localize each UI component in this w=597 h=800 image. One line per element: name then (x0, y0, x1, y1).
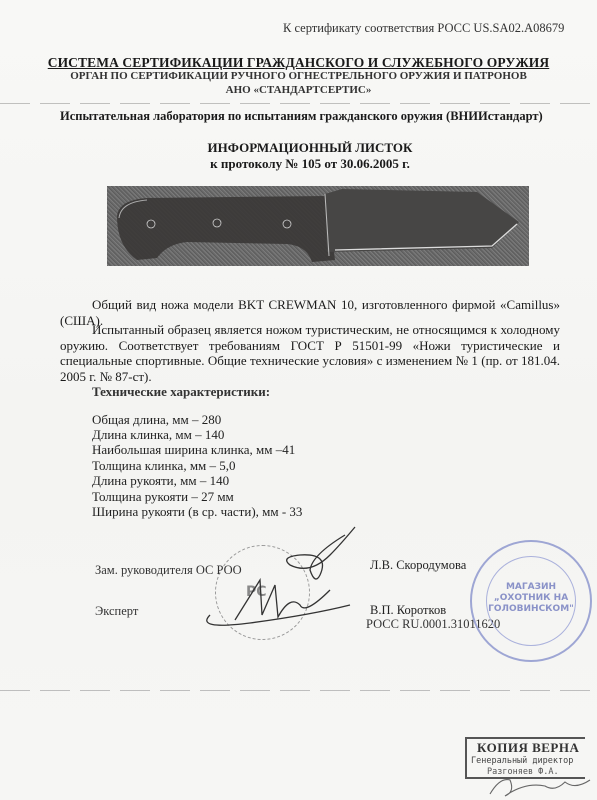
copy-stamp-title: КОПИЯ ВЕРНА (477, 740, 579, 756)
document-title: ИНФОРМАЦИОННЫЙ ЛИСТОК (0, 140, 597, 156)
paper-fold-line (0, 103, 597, 104)
shop-stamp-line: ГОЛОВИНСКОМ" (472, 604, 590, 615)
shop-stamp-text: МАГАЗИН „ОХОТНИК НА ГОЛОВИНСКОМ" (472, 582, 590, 615)
spec-item: Длина рукояти, мм – 140 (92, 473, 229, 489)
deputy-name: Л.В. Скородумова (370, 558, 466, 573)
shop-stamp-line: „ОХОТНИК НА (472, 593, 590, 604)
org-name: АНО «СТАНДАРТСЕРТИС» (0, 84, 597, 96)
system-heading: СИСТЕМА СЕРТИФИКАЦИИ ГРАЖДАНСКОГО И СЛУЖ… (0, 55, 597, 71)
expert-name: В.П. Коротков (370, 603, 446, 618)
director-signature (485, 772, 595, 800)
knife-icon (107, 186, 529, 266)
expert-signature (190, 575, 360, 635)
organ-heading: ОРГАН ПО СЕРТИФИКАЦИИ РУЧНОГО ОГНЕСТРЕЛЬ… (0, 70, 597, 82)
spec-item: Толщина рукояти – 27 мм (92, 489, 234, 505)
spec-item: Наибольшая ширина клинка, мм –41 (92, 442, 295, 458)
spec-item: Толщина клинка, мм – 5,0 (92, 458, 236, 474)
shop-stamp-line: МАГАЗИН (472, 582, 590, 593)
test-conclusion: Испытанный образец является ножом турист… (60, 322, 560, 384)
spec-item: Ширина рукояти (в ср. части), мм - 33 (92, 504, 302, 520)
shop-stamp: МАГАЗИН „ОХОТНИК НА ГОЛОВИНСКОМ" (470, 540, 592, 662)
specs-title: Технические характеристики: (92, 384, 270, 400)
spec-item: Общая длина, мм – 280 (92, 412, 221, 428)
knife-photo (107, 186, 529, 266)
expert-role: Эксперт (95, 604, 138, 619)
laboratory-heading: Испытательная лаборатория по испытаниям … (60, 109, 543, 124)
document-page: К сертификату соответствия РОСС US.SA02.… (0, 0, 597, 800)
paragraph-text: Испытанный образец является ножом турист… (60, 322, 560, 384)
paper-fold-line (0, 690, 597, 691)
spec-item: Длина клинка, мм – 140 (92, 427, 224, 443)
copy-stamp-role: Генеральный директор (471, 756, 573, 766)
protocol-reference: к протоколу № 105 от 30.06.2005 г. (0, 156, 597, 172)
certificate-reference: К сертификату соответствия РОСС US.SA02.… (283, 21, 564, 36)
